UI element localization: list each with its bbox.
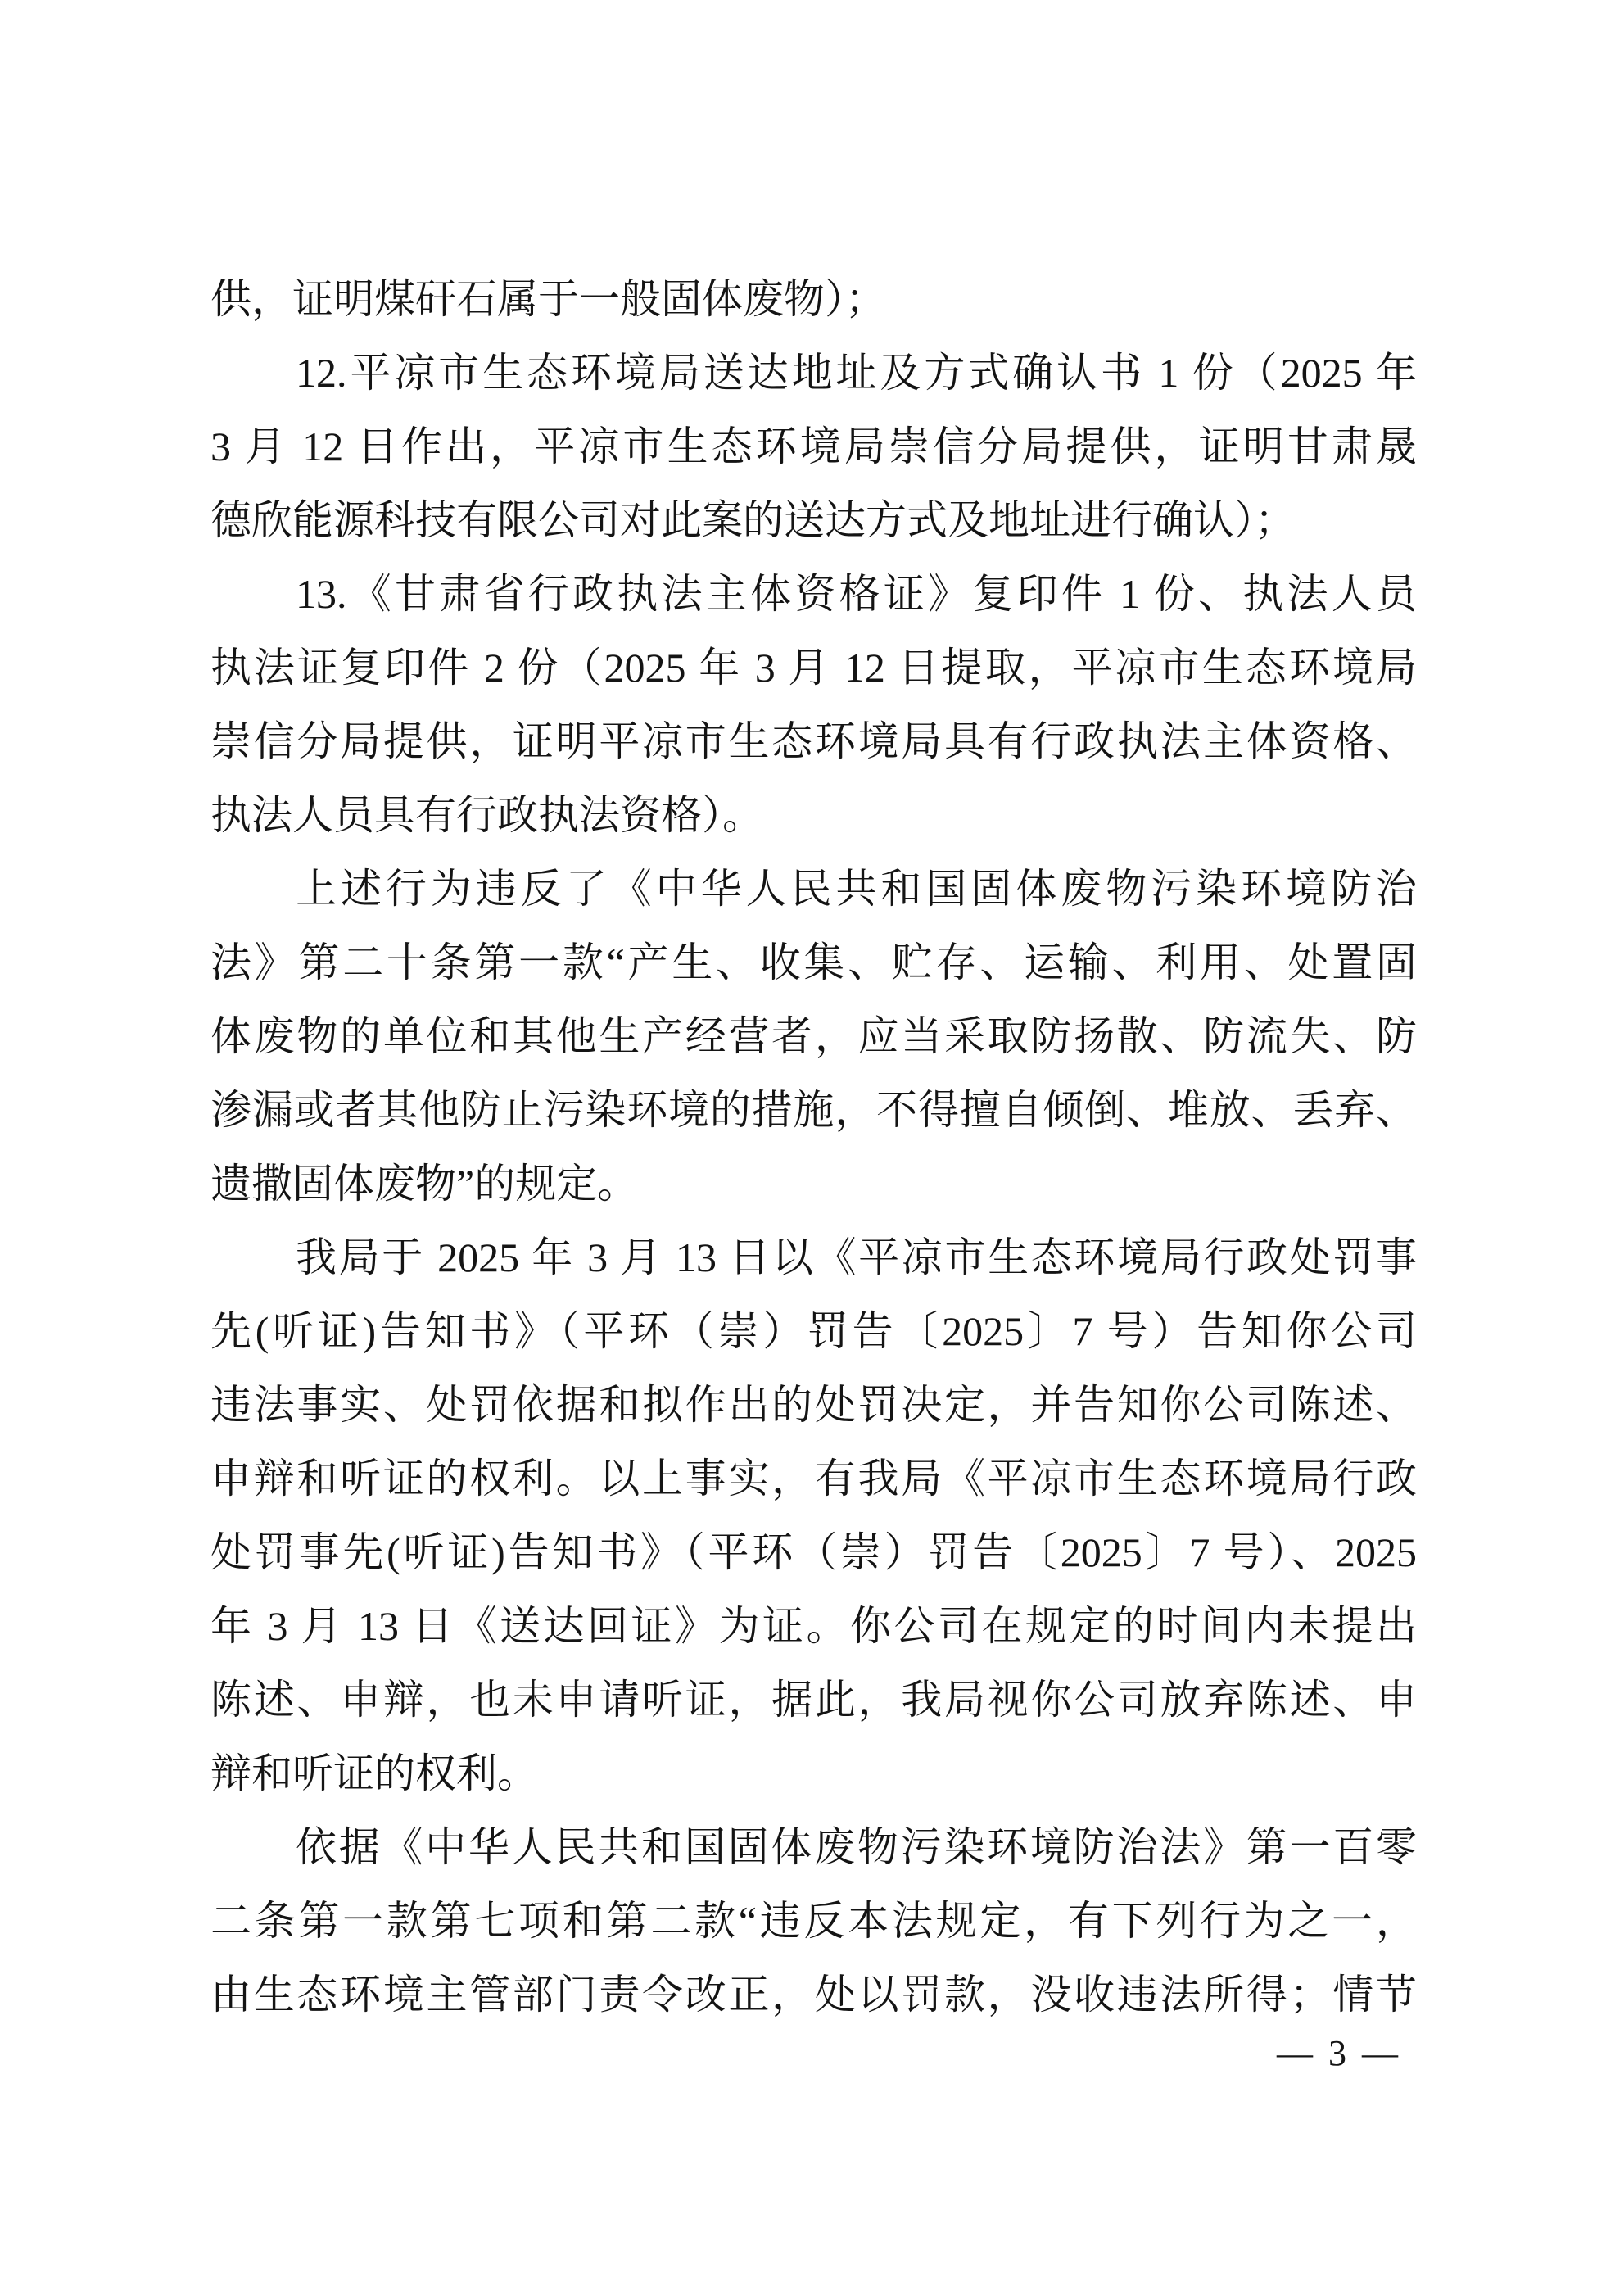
text-line: 遗撒固体废物”的规定。 — [210, 1147, 1417, 1220]
document-body: 供，证明煤矸石属于一般固体废物）；12.平凉市生态环境局送达地址及方式确认书 1… — [210, 262, 1417, 2031]
text-line: 依据《中华人民共和国固体废物污染环境防治法》第一百零 — [210, 1810, 1417, 1884]
text-line: 上述行为违反了《中华人民共和国固体废物污染环境防治 — [210, 852, 1417, 926]
text-line: 渗漏或者其他防止污染环境的措施，不得擅自倾倒、堆放、丢弃、 — [210, 1073, 1417, 1147]
text-line: 12.平凉市生态环境局送达地址及方式确认书 1 份（2025 年 — [210, 336, 1417, 410]
document-page: 供，证明煤矸石属于一般固体废物）；12.平凉市生态环境局送达地址及方式确认书 1… — [0, 0, 1624, 2296]
text-line: 违法事实、处罚依据和拟作出的处罚决定，并告知你公司陈述、 — [210, 1368, 1417, 1442]
text-line: 德欣能源科技有限公司对此案的送达方式及地址进行确认）； — [210, 483, 1417, 557]
text-line: 体废物的单位和其他生产经营者，应当采取防扬散、防流失、防 — [210, 999, 1417, 1073]
text-line: 申辩和听证的权利。以上事实，有我局《平凉市生态环境局行政 — [210, 1442, 1417, 1515]
text-line: 崇信分局提供，证明平凉市生态环境局具有行政执法主体资格、 — [210, 704, 1417, 778]
text-line: 先(听证)告知书》（平环（崇）罚告〔2025〕7 号）告知你公司 — [210, 1294, 1417, 1368]
text-line: 二条第一款第七项和第二款“违反本法规定，有下列行为之一， — [210, 1884, 1417, 1958]
text-line: 3 月 12 日作出，平凉市生态环境局崇信分局提供，证明甘肃晟 — [210, 410, 1417, 483]
text-line: 13.《甘肃省行政执法主体资格证》复印件 1 份、执法人员 — [210, 557, 1417, 631]
text-line: 陈述、申辩，也未申请听证，据此，我局视你公司放弃陈述、申 — [210, 1663, 1417, 1737]
text-line: 由生态环境主管部门责令改正，处以罚款，没收违法所得；情节 — [210, 1958, 1417, 2031]
text-line: 执法证复印件 2 份（2025 年 3 月 12 日提取，平凉市生态环境局 — [210, 631, 1417, 704]
page-number: — 3 — — [1277, 2027, 1401, 2081]
text-line: 处罚事先(听证)告知书》（平环（崇）罚告〔2025〕7 号）、2025 — [210, 1515, 1417, 1589]
text-line: 辩和听证的权利。 — [210, 1737, 1417, 1810]
text-line: 年 3 月 13 日《送达回证》为证。你公司在规定的时间内未提出 — [210, 1589, 1417, 1663]
text-line: 我局于 2025 年 3 月 13 日以《平凉市生态环境局行政处罚事 — [210, 1220, 1417, 1294]
text-line: 法》第二十条第一款“产生、收集、贮存、运输、利用、处置固 — [210, 926, 1417, 999]
text-line: 供，证明煤矸石属于一般固体废物）； — [210, 262, 1417, 336]
text-line: 执法人员具有行政执法资格）。 — [210, 778, 1417, 852]
